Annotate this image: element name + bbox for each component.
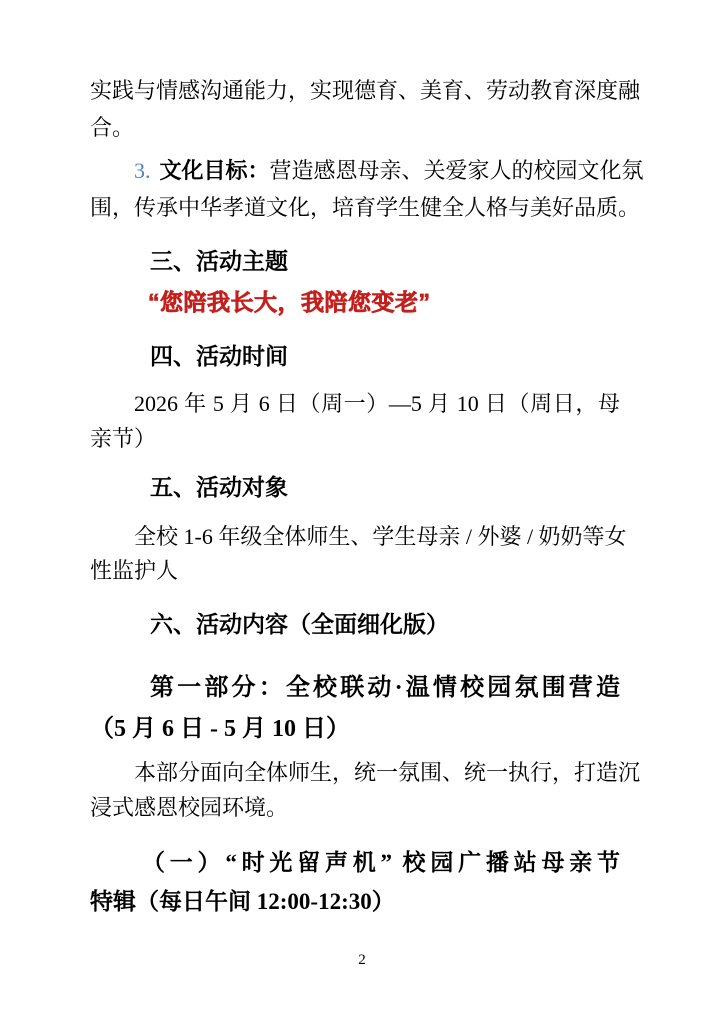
section1-heading-line2: 特辑（每日午间 12:00-12:30） (90, 882, 620, 921)
culture-goal-label: 文化目标： (160, 158, 270, 183)
section1-heading: （一）“时光留声机” 校园广播站母亲节 特辑（每日午间 12:00-12:30） (90, 843, 620, 921)
section-heading-theme: 三、活动主题 (90, 242, 620, 282)
paragraph-time-line2: 亲节） (90, 421, 620, 456)
list-number: 3. (134, 158, 151, 183)
part1-heading-line2: （5 月 6 日 - 5 月 10 日） (90, 709, 620, 750)
paragraph-part1-intro: 本部分面向全体师生，统一氛围、统一执行，打造沉 浸式感恩校园环境。 (90, 755, 620, 825)
section-heading-content: 六、活动内容（全面细化版） (90, 605, 620, 645)
paragraph-audience: 全校 1-6 年级全体师生、学生母亲 / 外婆 / 奶奶等女 性监护人 (90, 520, 620, 588)
part1-heading: 第一部分：全校联动·温情校园氛围营造 （5 月 6 日 - 5 月 10 日） (90, 668, 620, 750)
paragraph-fusion-line2: 合。 (90, 109, 620, 146)
document-content: 实践与情感沟通能力，实现德育、美育、劳动教育深度融 合。 3.文化目标：营造感恩… (90, 72, 620, 921)
paragraph-time-line1: 2026 年 5 月 6 日（周一）—5 月 10 日（周日，母 (90, 386, 620, 421)
part1-heading-line1: 第一部分：全校联动·温情校园氛围营造 (90, 668, 620, 709)
section-heading-time: 四、活动时间 (90, 337, 620, 377)
paragraph-fusion-line1: 实践与情感沟通能力，实现德育、美育、劳动教育深度融 (90, 72, 620, 109)
paragraph-culture-goal-line2: 围，传承中华孝道文化，培育学生健全人格与美好品质。 (90, 189, 620, 226)
section1-heading-line1: （一）“时光留声机” 校园广播站母亲节 (90, 843, 620, 882)
paragraph-fusion: 实践与情感沟通能力，实现德育、美育、劳动教育深度融 合。 (90, 72, 620, 146)
paragraph-part1-intro-line1: 本部分面向全体师生，统一氛围、统一执行，打造沉 (90, 755, 620, 790)
paragraph-audience-line1: 全校 1-6 年级全体师生、学生母亲 / 外婆 / 奶奶等女 (90, 520, 620, 554)
paragraph-part1-intro-line2: 浸式感恩校园环境。 (90, 790, 620, 825)
paragraph-audience-line2: 性监护人 (90, 554, 620, 588)
paragraph-time: 2026 年 5 月 6 日（周一）—5 月 10 日（周日，母 亲节） (90, 386, 620, 456)
page-number: 2 (0, 950, 724, 970)
paragraph-culture-goal-line1: 3.文化目标：营造感恩母亲、关爱家人的校园文化氛 (90, 152, 620, 189)
culture-goal-text: 营造感恩母亲、关爱家人的校园文化氛 (270, 158, 644, 183)
paragraph-culture-goal: 3.文化目标：营造感恩母亲、关爱家人的校园文化氛 围，传承中华孝道文化，培育学生… (90, 152, 620, 226)
document-page: 实践与情感沟通能力，实现德育、美育、劳动教育深度融 合。 3.文化目标：营造感恩… (0, 0, 724, 1024)
section-heading-audience: 五、活动对象 (90, 468, 620, 508)
theme-slogan: “您陪我长大，我陪您变老” (90, 282, 620, 322)
